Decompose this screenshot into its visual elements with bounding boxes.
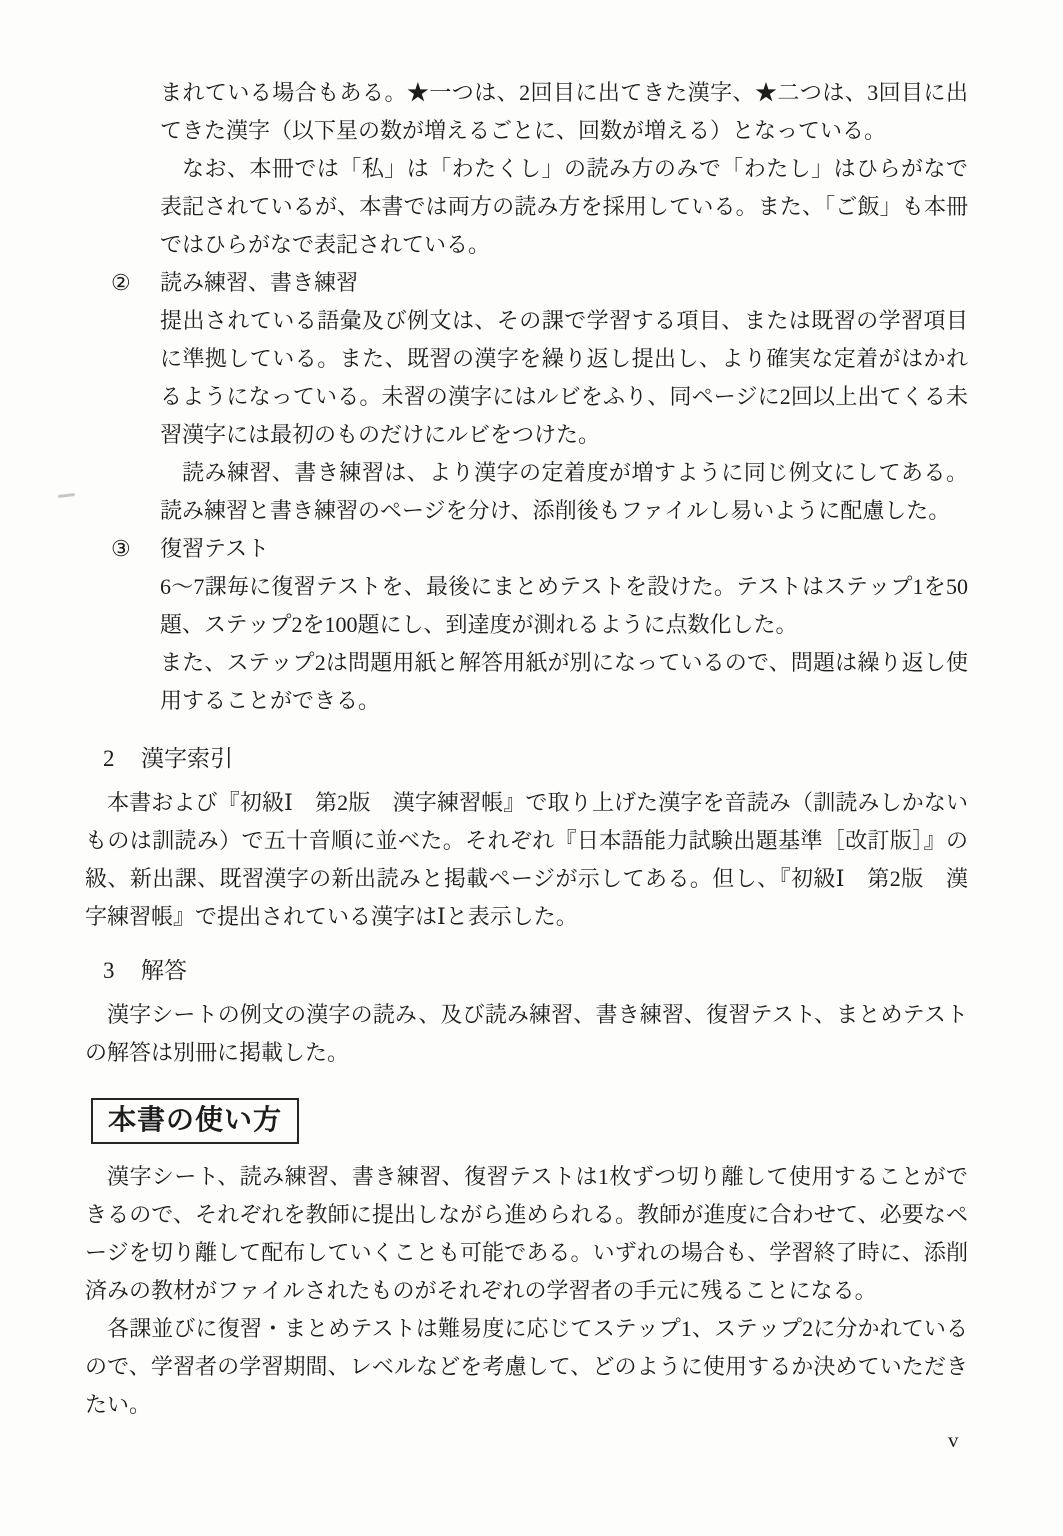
section-kanji-index-number: 2 [103,740,141,778]
document-page: まれている場合もある。★一つは、2回目に出てきた漢字、★二つは、3回目に出てきた… [0,0,1063,1536]
page-number: v [948,1428,959,1453]
section-kanji-index-body: 本書および『初級Ⅰ 第2版 漢字練習帳』で取り上げた漢字を音読み（訓読みしかない… [85,784,968,936]
section-answers-title: 解答 [141,958,187,983]
section-answers-body: 漢字シートの例文の漢字の読み、及び読み練習、書き練習、復習テスト、まとめテストの… [85,996,968,1072]
numbered-item-3: ③ 復習テスト 6～7課毎に復習テストを、最後にまとめテストを設けた。テストはス… [85,530,968,720]
numbered-item-3-body: 6～7課毎に復習テストを、最後にまとめテストを設けた。テストはステップ1を50題… [160,568,968,720]
section-kanji-index: 2漢字索引 本書および『初級Ⅰ 第2版 漢字練習帳』で取り上げた漢字を音読み（訓… [85,740,968,936]
numbered-item-2-title: 読み練習、書き練習 [160,270,358,295]
scan-artifact-mark [58,493,75,498]
page-content: まれている場合もある。★一つは、2回目に出てきた漢字、★二つは、3回目に出てきた… [85,74,968,1424]
item-2-paragraph-1: 提出されている語彙及び例文は、その課で学習する項目、または既習の学習項目に準拠し… [160,302,968,454]
usage-paragraph-1: 漢字シート、読み練習、書き練習、復習テストは1枚ずつ切り離して使用することができ… [85,1158,968,1310]
numbered-item-3-title: 復習テスト [160,536,269,561]
usage-paragraph-2: 各課並びに復習・まとめテストは難易度に応じてステップ1、ステップ2に分かれている… [85,1310,968,1424]
continuation-paragraph: まれている場合もある。★一つは、2回目に出てきた漢字、★二つは、3回目に出てきた… [160,74,968,150]
continuation-block: まれている場合もある。★一つは、2回目に出てきた漢字、★二つは、3回目に出てきた… [160,74,968,264]
numbered-item-2-body: 提出されている語彙及び例文は、その課で学習する項目、または既習の学習項目に準拠し… [160,302,968,530]
numbered-item-2-head: ② 読み練習、書き練習 [85,264,968,302]
section-answers-number: 3 [103,952,141,990]
section-kanji-index-heading: 2漢字索引 [103,740,968,778]
usage-heading-box: 本書の使い方 [91,1098,299,1144]
usage-body: 漢字シート、読み練習、書き練習、復習テストは1枚ずつ切り離して使用することができ… [85,1158,968,1424]
item-3-paragraph-2: また、ステップ2は問題用紙と解答用紙が別になっているので、問題は繰り返し使用する… [160,644,968,720]
usage-section: 本書の使い方 漢字シート、読み練習、書き練習、復習テストは1枚ずつ切り離して使用… [85,1098,968,1424]
numbered-item-3-head: ③ 復習テスト [85,530,968,568]
note-paragraph: なお、本冊では「私」は「わたくし」の読み方のみで「わたし」はひらがなで表記されて… [160,150,968,264]
numbered-item-2: ② 読み練習、書き練習 提出されている語彙及び例文は、その課で学習する項目、また… [85,264,968,530]
item-2-paragraph-2: 読み練習、書き練習は、より漢字の定着度が増すように同じ例文にしてある。読み練習と… [160,454,968,530]
section-answers-heading: 3解答 [103,952,968,990]
item-3-paragraph-1: 6～7課毎に復習テストを、最後にまとめテストを設けた。テストはステップ1を50題… [160,568,968,644]
circled-3-marker: ③ [111,530,131,568]
circled-2-marker: ② [111,264,131,302]
section-kanji-index-title: 漢字索引 [141,746,233,771]
section-answers: 3解答 漢字シートの例文の漢字の読み、及び読み練習、書き練習、復習テスト、まとめ… [85,952,968,1072]
